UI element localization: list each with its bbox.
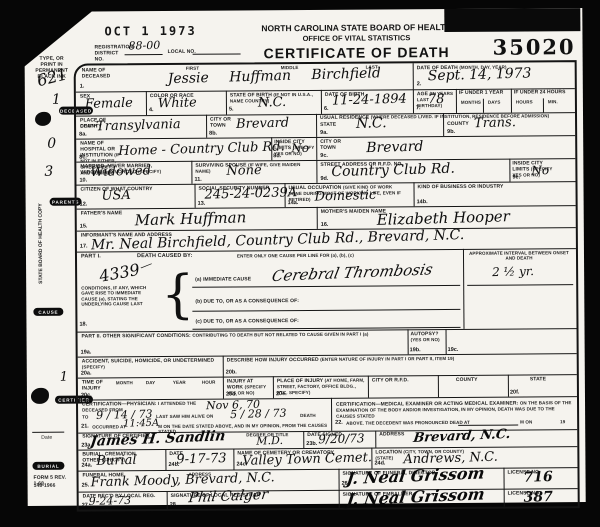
residence-county-value: Trans. — [474, 115, 516, 131]
cause-code-value: 4339 — [98, 260, 141, 286]
examiner-line2: ABOVE. THE DECEDENT WAS PRONOUNCED DEAD … — [346, 420, 470, 426]
under-24h-hours: HOURS — [516, 99, 533, 105]
how-injury-label: DESCRIBE HOW INJURY OCCURRED (ENTER NATU… — [227, 355, 557, 363]
burial-date-value: 9-17-73 — [176, 451, 227, 467]
registrar-signature: Phil Calger — [188, 487, 269, 506]
rule-b — [192, 309, 460, 312]
county-death-value: Transylvania — [96, 117, 181, 134]
reg-district-line — [125, 54, 163, 56]
margin-code-cert: 1 — [60, 370, 69, 385]
rule — [316, 137, 317, 160]
informant-num: 17. — [80, 244, 88, 250]
residence-city-value: Brevard — [366, 139, 424, 157]
race-value: White — [158, 95, 197, 111]
embalmer-license-value: 387 — [523, 489, 553, 506]
rule — [191, 161, 192, 184]
spouse-value: None — [226, 163, 262, 179]
burial-type-num: 24a. — [81, 462, 92, 468]
father-num: 15. — [80, 224, 88, 230]
residence-county-label: COUNTY — [447, 121, 469, 127]
part2-label: PART II. OTHER SIGNIFICANT CONDITIONS: C… — [82, 331, 407, 339]
rule — [194, 184, 195, 208]
examiner-num: 22. — [335, 420, 343, 426]
institution-num: 8c. — [79, 155, 87, 161]
residence-county-num: 9b. — [447, 129, 455, 135]
residence-state-value: N.C. — [356, 115, 387, 132]
cause-num: 18. — [79, 322, 87, 328]
received-date-stamp: OCT 1 1973 — [104, 24, 196, 39]
conditions-note: CONDITIONS, IF ANY, WHICH GAVE RISE TO I… — [81, 285, 151, 307]
date-received-value: 9-24-73 — [89, 494, 132, 508]
time-col-hour: HOUR — [202, 380, 216, 385]
cemetery-value: Valley Town Cemet. — [242, 450, 372, 469]
org-line1: NORTH CAROLINA STATE BOARD OF HEALTH — [246, 22, 466, 34]
registrar-num: 28. — [170, 502, 178, 508]
rule — [233, 448, 234, 469]
residence-state-num: 9a. — [320, 130, 328, 136]
rule — [504, 489, 505, 507]
immediate-cause-value: Cerebral Thrombosis — [270, 260, 434, 285]
margin-code-1: 1 — [52, 92, 61, 108]
due-to-c-label: (c) DUE TO, OR AS A CONSEQUENCE OF: — [195, 318, 298, 325]
rule — [368, 376, 369, 398]
residence-city-label: CITY OR TOWN — [320, 139, 344, 151]
age-value: 78 — [428, 92, 445, 107]
occurred-time-value: 11:45A — [123, 418, 159, 430]
rule — [317, 207, 318, 229]
rule — [463, 249, 465, 329]
inside-city-death-num: 8d. — [273, 153, 281, 159]
age-num: 7. — [416, 105, 421, 111]
rule — [273, 376, 274, 398]
to-label: TO — [82, 415, 88, 420]
occurred-label: OCCURRED AT — [92, 424, 126, 430]
interval-header: APPROXIMATE INTERVAL BETWEEN ONSET AND D… — [469, 250, 569, 261]
margin-code-3: 3 — [44, 164, 53, 180]
rule — [206, 115, 207, 138]
occurred-num: 21. — [81, 424, 89, 430]
rule — [511, 89, 512, 113]
date-of-death-num: 2. — [417, 81, 422, 87]
industry-label: KIND OF BUSINESS OR INDUSTRY — [417, 183, 527, 190]
org-line2: OFFICE OF VITAL STATISTICS — [246, 33, 466, 44]
copy-note: STATE BOARD OF HEALTH COPY — [38, 203, 45, 284]
hole-punch-bottom — [31, 388, 49, 404]
rule-a-interval — [467, 284, 573, 286]
margin-date-line — [32, 432, 64, 434]
date-of-death-value: Sept. 14, 1973 — [428, 65, 532, 84]
rule — [456, 89, 457, 113]
occupation-value: Domestic — [314, 188, 376, 205]
name-num: 1. — [80, 84, 85, 90]
rule — [316, 114, 317, 137]
autopsy-num: 19b. — [410, 347, 421, 353]
tab-burial: BURIAL — [32, 462, 64, 470]
certifier-address: Brevard, N.C. — [412, 427, 511, 446]
embalmer-signature: J. Neal Grissom — [345, 484, 486, 509]
cause-entry-note: ENTER ONLY ONE CAUSE PER LINE FOR (a), (… — [237, 253, 354, 259]
rule — [483, 99, 484, 113]
citizen-num: 12. — [80, 202, 88, 208]
tab-cause: CAUSE — [33, 308, 63, 316]
street-num: 9d. — [320, 176, 328, 182]
mother-num: 16. — [321, 222, 329, 228]
rule — [165, 449, 166, 470]
certifier-addr-label: ADDRESS — [379, 431, 404, 437]
inside-city-res-num: 9e. — [512, 174, 520, 180]
father-label: FATHER'S NAME — [81, 210, 123, 216]
rule — [226, 91, 227, 115]
rule — [543, 98, 544, 112]
rule — [321, 90, 322, 114]
certificate-title: CERTIFICATE OF DEATH — [247, 44, 467, 62]
last-saw-value: 5 / 28 / 73 — [230, 407, 287, 422]
county-death-num: 8a. — [79, 132, 87, 138]
race-num: 4. — [149, 107, 154, 113]
rule — [375, 431, 376, 448]
place-injury-num: 20e. — [276, 391, 287, 397]
city-death-value: Brevard — [236, 116, 289, 132]
time-col-month: MONTH — [116, 380, 133, 386]
name-label: NAME OF DECEASED — [82, 67, 116, 79]
inside-city-res-value: No — [531, 163, 549, 177]
degree-value: M.D. — [256, 434, 283, 448]
funeral-home-num: 25. — [82, 483, 90, 489]
institution-value: Home - Country Club Rd. — [118, 139, 285, 159]
sex-num: 3. — [79, 108, 84, 114]
at-work-num: 20d. — [226, 391, 237, 397]
form-note-2: 148-1966 — [34, 483, 72, 489]
rule — [438, 375, 439, 397]
rule — [339, 490, 340, 508]
local-no-line — [193, 53, 241, 55]
date-of-birth-value: 11-24-1894 — [332, 92, 407, 109]
brace: { — [161, 265, 195, 325]
rule — [167, 491, 168, 509]
burial-location-num: 24d. — [374, 460, 385, 466]
autopsy-label: AUTOPSY? (YES OR NO) — [411, 331, 444, 343]
residence-city-num: 9c. — [320, 153, 328, 159]
under-1yr-label: IF UNDER 1 YEAR — [459, 90, 511, 96]
rule — [413, 89, 414, 113]
redacted-box — [444, 8, 580, 32]
rule — [316, 160, 317, 183]
sex-value: Female — [85, 96, 133, 112]
under-24h-label: IF UNDER 24 HOURS — [514, 89, 574, 95]
occupation-num: 14a. — [288, 200, 299, 206]
header-block: NORTH CAROLINA STATE BOARD OF HEALTH OFF… — [246, 22, 466, 62]
mother-value: Elizabeth Hooper — [377, 207, 511, 229]
time-col-day: DAY — [146, 380, 155, 385]
examiner-yr-label: 19 — [560, 419, 565, 424]
rule — [338, 469, 339, 490]
how-injury-num: 20b. — [226, 369, 237, 375]
rule — [503, 468, 504, 489]
margin-date-label: Date — [41, 435, 52, 441]
findings-label — [449, 330, 574, 331]
date-signed-value: 9/20/73 — [318, 431, 365, 446]
manner-num: 20a. — [81, 370, 92, 376]
findings-num: 19c. — [448, 347, 459, 353]
cert-examiner-heading: CERTIFICATION—MEDICAL EXAMINER OR ACTING… — [336, 400, 572, 420]
under-24h-min: MIN. — [548, 99, 558, 104]
rule — [413, 182, 414, 206]
immediate-cause-interval: 2 ½ yr. — [492, 264, 534, 279]
place-injury-label: PLACE OF INJURY (AT HOME, FARM, STREET, … — [277, 378, 365, 397]
burial-type-value: Burial — [96, 453, 137, 469]
city-death-label: CITY OR TOWN — [210, 116, 234, 128]
immediate-cause-label: (a) IMMEDIATE CAUSE — [195, 276, 251, 282]
part1-label: PART I. — [81, 253, 101, 260]
state-of-birth-value: N.C. — [258, 95, 287, 111]
under-1yr-months: MONTHS — [461, 100, 481, 106]
hole-punch-top — [35, 112, 51, 126]
residence-state-label: STATE — [320, 122, 336, 128]
director-license-value: 716 — [523, 469, 553, 486]
under-1yr-days: DAYS — [488, 100, 501, 105]
rule — [331, 398, 333, 431]
certificate-form: NAME OF DECEASED FIRST MIDDLE LAST 1. Je… — [74, 60, 580, 512]
marital-value: Widowed — [90, 163, 151, 180]
injury-state-num: 20f. — [510, 390, 520, 396]
city-death-num: 8b. — [209, 131, 217, 137]
marital-num: 10. — [79, 178, 87, 184]
spouse-num: 11. — [194, 177, 201, 183]
father-value: Mark Huffman — [135, 208, 247, 229]
rule-a — [192, 285, 460, 288]
manner-label: ACCIDENT, SUICIDE, HOMICIDE, OR UNDETERM… — [82, 358, 217, 371]
registration-district-value: 88-00 — [128, 39, 160, 53]
date-signed-num: 23b. — [306, 441, 317, 447]
death-word: DEATH — [300, 413, 316, 418]
rule — [146, 91, 147, 115]
citizen-value: USA — [101, 188, 131, 204]
time-injury-num: 20c. — [81, 392, 92, 398]
injury-state-label: STATE — [530, 376, 546, 382]
injury-city-label: CITY OR R.F.D. — [372, 377, 409, 383]
due-to-b-label: (b) DUE TO, OR AS A CONSEQUENCE OF: — [195, 298, 299, 305]
rule — [509, 159, 510, 182]
time-col-year: YEAR — [173, 380, 186, 385]
time-injury-label: TIME OF INJURY — [82, 379, 112, 391]
injury-county-label: COUNTY — [456, 377, 478, 383]
rule — [413, 63, 414, 89]
date-of-birth-num: 6. — [324, 106, 329, 112]
street-value: Country Club Rd. — [331, 161, 455, 180]
certificate-page: OCT 1 1973 REGISTRATION DISTRICT NO. 88-… — [24, 8, 585, 506]
last-saw-label: LAST SAW HIM ALIVE ON — [156, 414, 213, 420]
examiner-m-label: M ON — [520, 419, 532, 424]
ssn-value: 245-24-0239A — [204, 185, 297, 203]
registration-district-label: REGISTRATION DISTRICT NO. — [95, 44, 129, 62]
caused-by-label: DEATH CAUSED BY: — [137, 253, 193, 260]
rule — [223, 377, 224, 399]
industry-num: 14b. — [417, 199, 428, 205]
certificate-number: 35020 — [492, 34, 575, 60]
state-of-birth-num: 5. — [229, 106, 234, 112]
margin-code-0: 0 — [47, 136, 56, 152]
checkmark: ⁄ — [142, 260, 151, 273]
part2-num: 19a. — [81, 349, 92, 355]
rule — [223, 356, 224, 377]
inside-city-death-value: No — [291, 141, 309, 155]
